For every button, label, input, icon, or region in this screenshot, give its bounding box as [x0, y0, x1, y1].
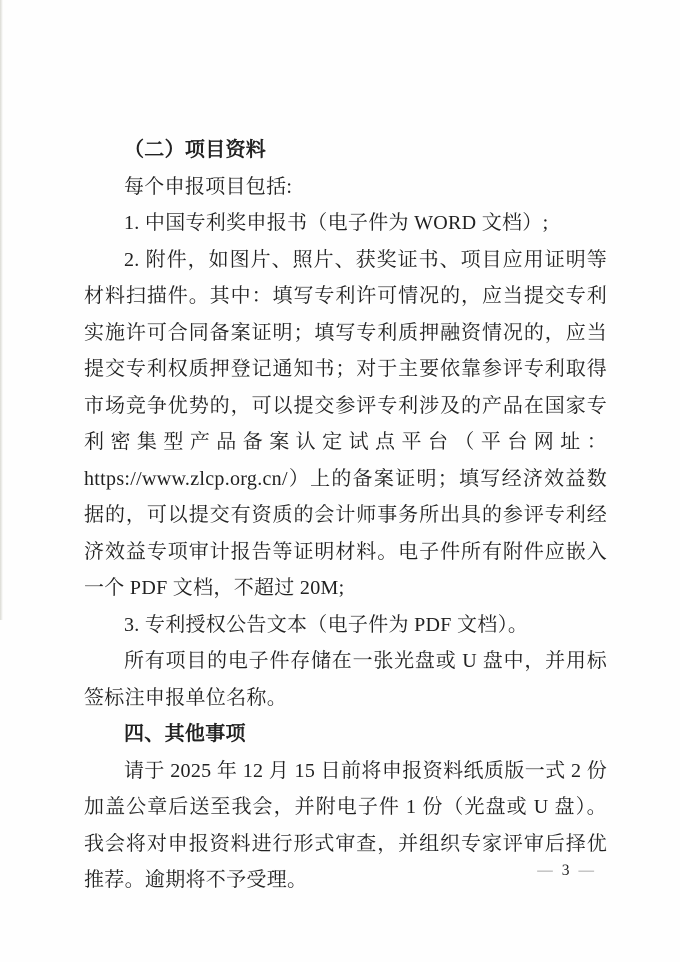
scan-edge-artifact: [0, 0, 3, 620]
paragraph-storage-media: 所有项目的电子件存储在一张光盘或 U 盘中，并用标签标注申报单位名称。: [84, 643, 607, 716]
document-page: （二）项目资料 每个申报项目包括: 1. 中国专利奖申报书（电子件为 WORD …: [0, 0, 680, 962]
page-number: —3—: [537, 860, 594, 882]
paragraph-item-3-patent-grant-text: 3. 专利授权公告文本（电子件为 PDF 文档）。: [84, 607, 607, 644]
heading-other-matters: 四、其他事项: [84, 716, 607, 753]
paragraph-item-2-attachments: 2. 附件，如图片、照片、获奖证书、项目应用证明等材料扫描件。其中：填写专利许可…: [84, 242, 607, 607]
page-number-dash-left: —: [537, 862, 553, 879]
subheading-project-materials: （二）项目资料: [84, 132, 607, 169]
page-number-dash-right: —: [579, 862, 595, 879]
paragraph-item-1-application-form: 1. 中国专利奖申报书（电子件为 WORD 文档）;: [84, 205, 607, 242]
paragraph-each-project-includes: 每个申报项目包括:: [84, 169, 607, 206]
document-body: （二）项目资料 每个申报项目包括: 1. 中国专利奖申报书（电子件为 WORD …: [84, 132, 607, 899]
paragraph-deadline-submission: 请于 2025 年 12 月 15 日前将申报资料纸质版一式 2 份加盖公章后送…: [84, 753, 607, 899]
page-number-value: 3: [562, 862, 570, 879]
